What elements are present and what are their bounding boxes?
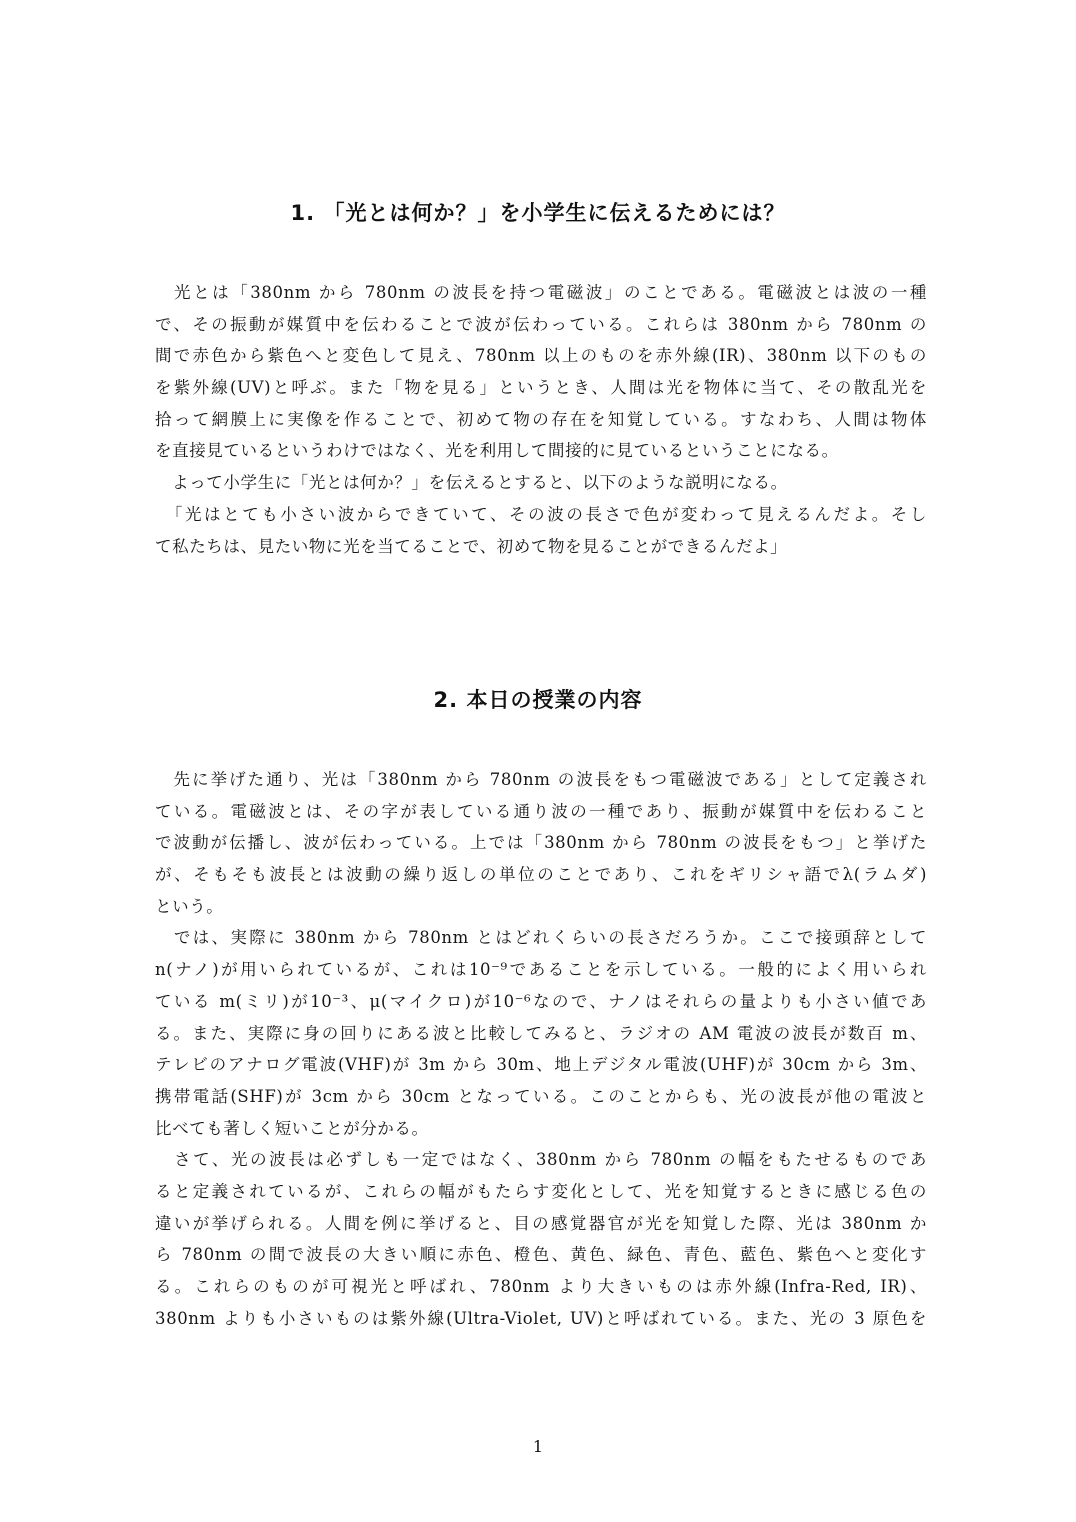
paragraph-line: では、実際に 380nm から 780nm とはどれくらいの長さだろうか。ここで… bbox=[155, 922, 927, 954]
paragraph-line: さて、光の波長は必ずしも一定ではなく、380nm から 780nm の幅をもたせ… bbox=[155, 1144, 927, 1176]
paragraph-line: 携帯電話(SHF)が 3cm から 30cm となっている。このことからも、光の… bbox=[155, 1081, 927, 1113]
paragraph-line: が、そもそも波長とは波動の繰り返しの単位のことであり、これをギリシャ語でλ(ラム… bbox=[155, 859, 927, 891]
paragraph-line: よって小学生に「光とは何か？」を伝えるとすると、以下のような説明になる。 bbox=[155, 467, 927, 499]
paragraph-line: ると定義されているが、これらの幅がもたらす変化として、光を知覚するときに感じる色… bbox=[155, 1176, 927, 1208]
section-2-heading: 2. 本日の授業の内容 bbox=[0, 684, 1076, 714]
paragraph-line: ら 780nm の間で波長の大きい順に赤色、橙色、黄色、緑色、青色、藍色、紫色へ… bbox=[155, 1239, 927, 1271]
section-1-heading: 1. 「光とは何か？」を小学生に伝えるためには？ bbox=[0, 197, 1076, 227]
paragraph-line: 380nm よりも小さいものは紫外線(Ultra-Violet, UV)と呼ばれ… bbox=[155, 1303, 927, 1335]
document-page: 1. 「光とは何か？」を小学生に伝えるためには？ 光とは「380nm から 78… bbox=[0, 0, 1076, 1522]
paragraph-line: を紫外線(UV)と呼ぶ。また「物を見る」というとき、人間は光を物体に当て、その散… bbox=[155, 372, 927, 404]
quote-line: 「光はとても小さい波からできていて、その波の長さで色が変わって見えるんだよ。そし bbox=[155, 499, 927, 531]
paragraph-line: る。これらのものが可視光と呼ばれ、780nm より大きいものは赤外線(Infra… bbox=[155, 1271, 927, 1303]
section-2-body: 先に挙げた通り、光は「380nm から 780nm の波長をもつ電磁波である」と… bbox=[155, 764, 927, 1334]
paragraph-line: 比べても著しく短いことが分かる。 bbox=[155, 1113, 927, 1145]
paragraph-line: 拾って網膜上に実像を作ることで、初めて物の存在を知覚している。すなわち、人間は物… bbox=[155, 404, 927, 436]
quote-line: て私たちは、見たい物に光を当てることで、初めて物を見ることができるんだよ」 bbox=[155, 531, 927, 563]
paragraph-line: という。 bbox=[155, 891, 927, 923]
paragraph-line: 先に挙げた通り、光は「380nm から 780nm の波長をもつ電磁波である」と… bbox=[155, 764, 927, 796]
paragraph-line: テレビのアナログ電波(VHF)が 3m から 30m、地上デジタル電波(UHF)… bbox=[155, 1049, 927, 1081]
paragraph-line: ている。電磁波とは、その字が表している通り波の一種であり、振動が媒質中を伝わるこ… bbox=[155, 796, 927, 828]
paragraph-line: で波動が伝播し、波が伝わっている。上では「380nm から 780nm の波長を… bbox=[155, 827, 927, 859]
section-1-body: 光とは「380nm から 780nm の波長を持つ電磁波」のことである。電磁波と… bbox=[155, 277, 927, 562]
page-number: 1 bbox=[0, 1437, 1076, 1456]
paragraph-line: 違いが挙げられる。人間を例に挙げると、目の感覚器官が光を知覚した際、光は 380… bbox=[155, 1208, 927, 1240]
paragraph-line: ている m(ミリ)が10⁻³、μ(マイクロ)が10⁻⁶なので、ナノはそれらの量よ… bbox=[155, 986, 927, 1018]
paragraph-line: る。また、実際に身の回りにある波と比較してみると、ラジオの AM 電波の波長が数… bbox=[155, 1018, 927, 1050]
paragraph-line: 光とは「380nm から 780nm の波長を持つ電磁波」のことである。電磁波と… bbox=[155, 277, 927, 309]
paragraph-line: n(ナノ)が用いられているが、これは10⁻⁹であることを示している。一般的によく… bbox=[155, 954, 927, 986]
paragraph-line: を直接見ているというわけではなく、光を利用して間接的に見ているということになる。 bbox=[155, 435, 927, 467]
paragraph-line: で、その振動が媒質中を伝わることで波が伝わっている。これらは 380nm から … bbox=[155, 309, 927, 341]
paragraph-line: 間で赤色から紫色へと変色して見え、780nm 以上のものを赤外線(IR)、380… bbox=[155, 340, 927, 372]
